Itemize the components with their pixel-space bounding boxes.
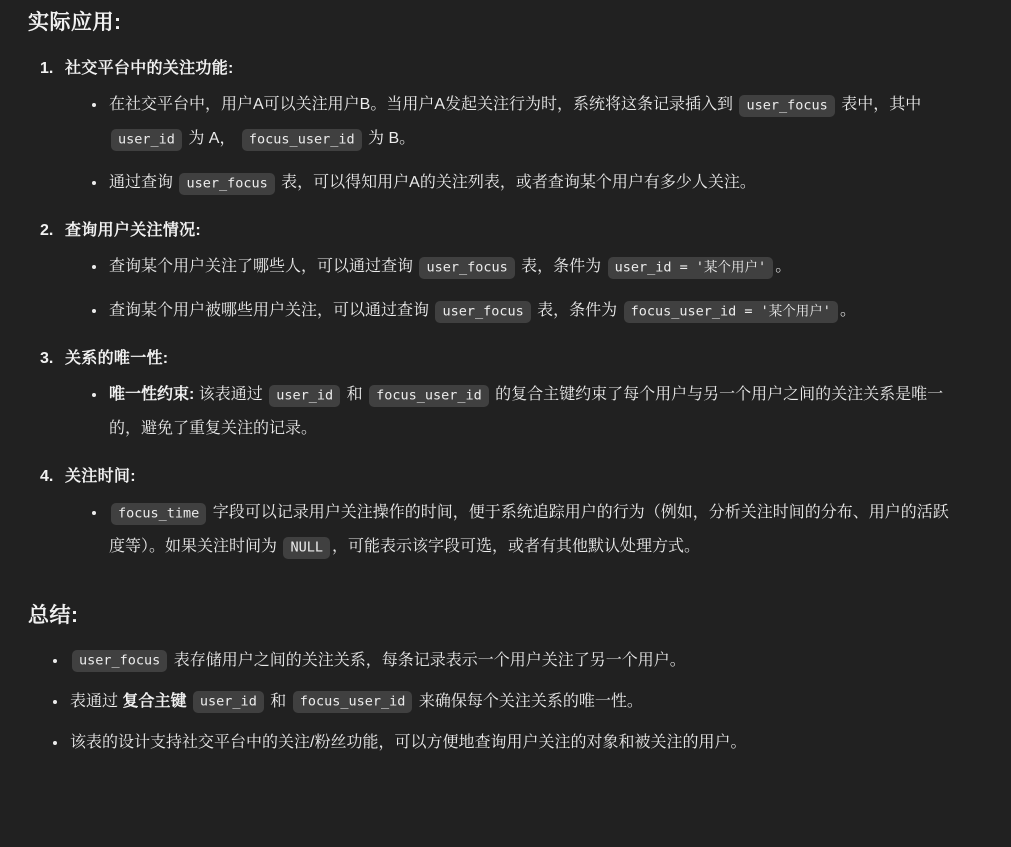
inline-code: user_id <box>111 129 182 151</box>
item-title: 关注时间: <box>65 468 136 485</box>
item-title: 关系的唯一性: <box>65 350 168 367</box>
numbered-item-2: 2.查询用户关注情况: 查询某个用户关注了哪些人，可以通过查询 user_foc… <box>28 217 953 328</box>
bullet-item: 通过查询 user_focus 表，可以得知用户A的关注列表，或者查询某个用户有… <box>107 166 953 200</box>
bullet-list: 唯一性约束: 该表通过 user_id 和 focus_user_id 的复合主… <box>28 378 953 446</box>
item-number: 2. <box>40 222 65 240</box>
heading-practical-applications: 实际应用: <box>28 9 953 36</box>
item-number: 1. <box>40 60 65 78</box>
bold-text: 唯一性约束: <box>109 386 194 403</box>
inline-code: focus_user_id <box>369 385 489 407</box>
numbered-item-4: 4.关注时间: focus_time 字段可以记录用户关注操作的时间，便于系统追… <box>28 463 953 564</box>
bullet-list: focus_time 字段可以记录用户关注操作的时间，便于系统追踪用户的行为（例… <box>28 496 953 564</box>
bold-text: 复合主键 <box>122 693 186 710</box>
inline-code: NULL <box>283 537 330 559</box>
bullet-item: 查询某个用户被哪些用户关注，可以通过查询 user_focus 表，条件为 fo… <box>107 294 953 328</box>
summary-item: 表通过 复合主键 user_id 和 focus_user_id 来确保每个关注… <box>68 685 953 719</box>
bullet-item: 在社交平台中，用户A可以关注用户B。当用户A发起关注行为时，系统将这条记录插入到… <box>107 88 953 156</box>
bullet-item: 唯一性约束: 该表通过 user_id 和 focus_user_id 的复合主… <box>107 378 953 446</box>
inline-code: user_focus <box>419 257 514 279</box>
inline-code: user_id <box>269 385 340 407</box>
item-title: 社交平台中的关注功能: <box>65 60 234 77</box>
heading-summary: 总结: <box>28 602 953 629</box>
inline-code: focus_time <box>111 503 206 525</box>
document-body: 实际应用: 1.社交平台中的关注功能: 在社交平台中，用户A可以关注用户B。当用… <box>0 0 1011 787</box>
item-title: 查询用户关注情况: <box>65 222 201 239</box>
inline-code: user_id <box>193 691 264 713</box>
bullet-item: focus_time 字段可以记录用户关注操作的时间，便于系统追踪用户的行为（例… <box>107 496 953 564</box>
inline-code: focus_user_id <box>293 691 413 713</box>
inline-code: user_focus <box>435 301 530 323</box>
item-number: 3. <box>40 350 65 368</box>
item-number: 4. <box>40 468 65 486</box>
bullet-list: 查询某个用户关注了哪些人，可以通过查询 user_focus 表，条件为 use… <box>28 250 953 328</box>
inline-code: focus_user_id = '某个用户' <box>624 301 838 323</box>
inline-code: user_id = '某个用户' <box>608 257 774 279</box>
inline-code: user_focus <box>72 650 167 672</box>
bullet-item: 查询某个用户关注了哪些人，可以通过查询 user_focus 表，条件为 use… <box>107 250 953 284</box>
summary-list: user_focus 表存储用户之间的关注关系，每条记录表示一个用户关注了另一个… <box>28 644 953 760</box>
numbered-item-3: 3.关系的唯一性: 唯一性约束: 该表通过 user_id 和 focus_us… <box>28 345 953 446</box>
numbered-item-1: 1.社交平台中的关注功能: 在社交平台中，用户A可以关注用户B。当用户A发起关注… <box>28 55 953 200</box>
summary-item: 该表的设计支持社交平台中的关注/粉丝功能，可以方便地查询用户关注的对象和被关注的… <box>68 726 953 760</box>
inline-code: focus_user_id <box>242 129 362 151</box>
summary-item: user_focus 表存储用户之间的关注关系，每条记录表示一个用户关注了另一个… <box>68 644 953 678</box>
inline-code: user_focus <box>179 173 274 195</box>
bullet-list: 在社交平台中，用户A可以关注用户B。当用户A发起关注行为时，系统将这条记录插入到… <box>28 88 953 200</box>
inline-code: user_focus <box>739 95 834 117</box>
